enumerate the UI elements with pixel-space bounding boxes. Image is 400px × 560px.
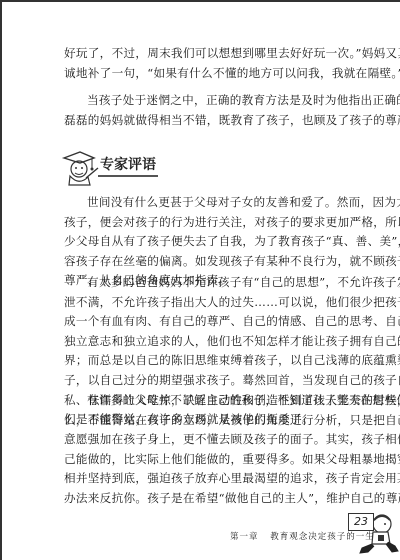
book-page: 好玩了，不过，周末我们可以想想到哪里去好好玩一次。”妈妈又真 诚地补了一句，“如… [0,0,400,560]
body-paragraph-3: 有许多的父母并不了解自己的孩子，不知道孩子整天在想些什 么，不懂得站在孩子的立场… [64,391,346,509]
text-line: 己能做的，比实际上他们能做的，重要得多。如果父母粗暴地揭穿真 [64,450,346,470]
text-line: 相并坚持到底，强迫孩子放弃心里最渴望的追求，孩子肯定会用某种 [64,469,346,489]
text-line: 有许多的父母并不了解自己的孩子，不知道孩子整天在想些什 [64,391,346,411]
text-line: 诚地补了一句，“如果有什么不懂的地方可以问我，我就在隔壁。” [64,64,346,84]
text-line: 意愿强加在孩子身上，更不懂去顾及孩子的面子。其实，孩子相信自 [64,430,346,450]
text-line: 少父母自从有了孩子便失去了自我，为了教育孩子“真、善、美”，不 [64,232,346,252]
text-line: 成一个有血有肉、有自己的尊严、自己的情感、自己的思考、自己的 [64,312,346,332]
intro-paragraph-1: 好玩了，不过，周末我们可以想想到哪里去好好玩一次。”妈妈又真 诚地补了一句，“如… [64,44,346,83]
text-line: 世间没有什么更甚于父母对子女的友善和爱了。然而，因为太爱 [64,193,346,213]
section-heading: 专家评语 [60,148,170,188]
text-line: 容孩子存在丝毫的偏离。如发现孩子有某种不良行为，就不顾孩子的 [64,252,346,272]
text-line: 当孩子处于迷惘之中，正确的教育方法是及时为他指出正确的方向。 [64,91,346,111]
intro-paragraph-2: 当孩子处于迷惘之中，正确的教育方法是及时为他指出正确的方向。 磊磊的妈妈就做得相… [64,91,346,130]
text-line: 么，不懂得站在孩子的立场，从孩子的角度进行分析，只是把自己的 [64,411,346,431]
section-title: 专家评语 [100,154,156,174]
text-line: 好玩了，不过，周末我们可以想想到哪里去好好玩一次。”妈妈又真 [64,44,346,64]
text-line: 磊磊的妈妈就做得相当不错，既教育了孩子，也顾及了孩子的尊严。 [64,111,346,131]
text-line: 界；而总是以自己的陈旧思维束缚着孩子，以自己浅薄的底蕴熏染孩 [64,351,346,371]
page-number-badge: 23 [340,508,400,558]
chapter-label: 第一章 [230,532,259,542]
text-line: 子，以自己过分的期望强求孩子。蓦然回首，当发现自己的孩子自 [64,371,346,391]
text-line: 办法来反抗你。孩子是在希望“做他自己的主人”，维护自己的尊严。 [64,489,346,509]
text-line: 泄不满，不允许孩子指出大人的过失……可以说，他们很少把孩子当 [64,293,346,313]
text-line: 独立意志和独立追求的人，他们也不知怎样才能让孩子拥有自己的世 [64,332,346,352]
text-line: 孩子，便会对孩子的行为进行关注，对孩子的要求更加严格，所以不 [64,213,346,233]
text-line: 有太多的爸爸妈妈不允许孩子有“自己的思想”，不允许孩子发 [64,273,346,293]
scholar-mascot-icon [60,148,100,188]
page-number: 23 [348,513,374,531]
title-underline [98,175,158,177]
